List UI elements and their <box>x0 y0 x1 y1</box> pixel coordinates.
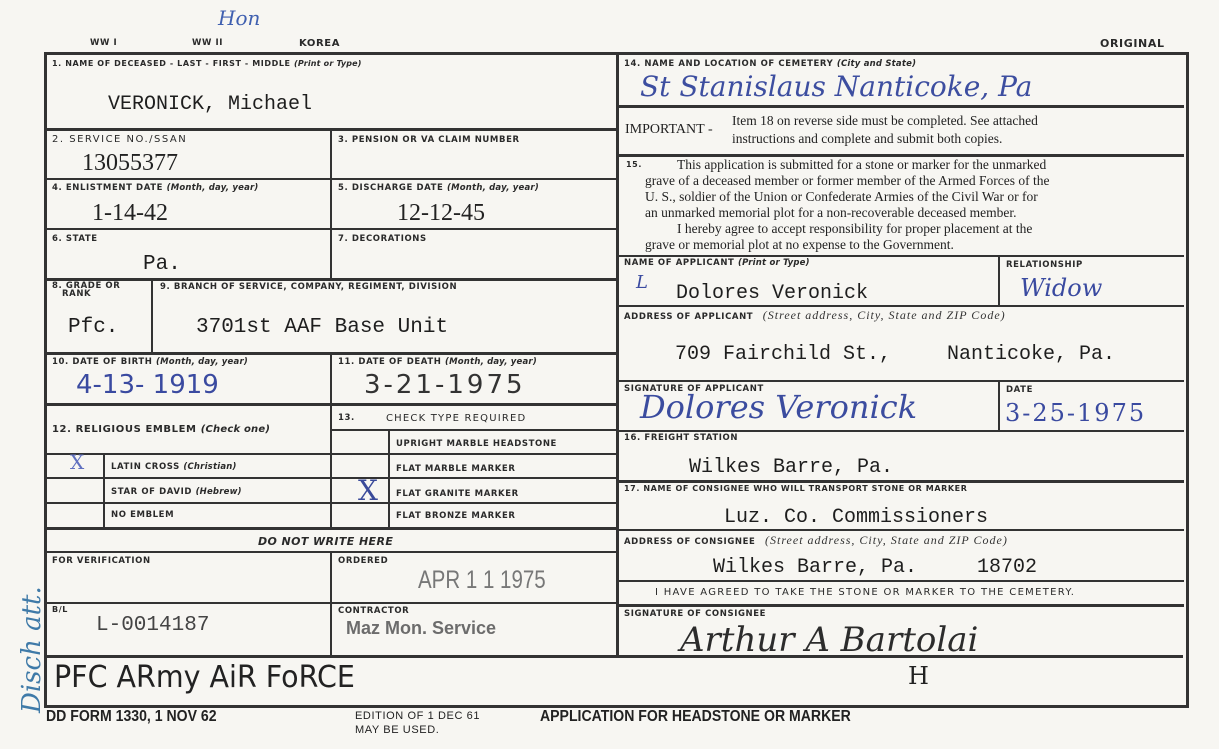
field11-label: 11. DATE OF DEATH (Month, day, year) <box>338 357 537 367</box>
remarks-handwritten: PFC ARmy AiR FoRCE <box>54 660 355 695</box>
divider <box>46 655 1183 658</box>
form-id: DD FORM 1330, 1 NOV 62 <box>46 708 217 726</box>
consignee-mark: H <box>908 662 929 690</box>
divider <box>46 352 618 355</box>
divider <box>46 453 332 455</box>
consignee-address-value: Wilkes Barre, Pa. 18702 <box>713 556 1037 579</box>
field16-label: 16. FREIGHT STATION <box>624 433 738 443</box>
consignee-name-value: Luz. Co. Commissioners <box>724 506 988 529</box>
applicant-name-label: NAME OF APPLICANT (Print or Type) <box>624 258 810 268</box>
divider <box>618 105 1184 108</box>
ordered-label: ORDERED <box>338 556 388 566</box>
latin-cross-option: LATIN CROSS (Christian) <box>111 462 237 472</box>
form-title: APPLICATION FOR HEADSTONE OR MARKER <box>540 708 851 726</box>
divider <box>618 380 1184 382</box>
center-divider <box>616 54 619 656</box>
divider <box>618 604 1184 607</box>
divider <box>46 178 618 180</box>
applicant-street: 709 Fairchild St., <box>675 343 891 366</box>
verification-label: FOR VERIFICATION <box>52 556 151 566</box>
important-line2: instructions and complete and submit bot… <box>732 131 1002 147</box>
divider <box>998 255 1000 305</box>
divider <box>618 430 1184 432</box>
divider <box>998 380 1000 430</box>
bl-label: B/L <box>52 605 68 614</box>
hon-annotation: Hon <box>218 6 260 30</box>
applicant-address-label: ADDRESS OF APPLICANT (Street address, Ci… <box>624 308 1006 323</box>
divider <box>103 453 105 528</box>
agreement-text: I HAVE AGREED TO TAKE THE STONE OR MARKE… <box>655 587 1075 598</box>
state-value: Pa. <box>143 253 181 276</box>
divider <box>618 580 1184 582</box>
death-date: 3-21-1975 <box>364 370 526 400</box>
divider <box>618 529 1184 531</box>
field13-num: 13. <box>338 413 355 423</box>
applicant-city: Nanticoke, Pa. <box>947 343 1115 366</box>
side-note: Disch att. <box>17 613 47 713</box>
original-label: ORIGINAL <box>1100 37 1165 50</box>
do-not-write-header: DO NOT WRITE HERE <box>258 535 393 548</box>
field9-label: 9. BRANCH OF SERVICE, COMPANY, REGIMENT,… <box>160 282 457 292</box>
divider <box>46 477 332 479</box>
edition-line2: MAY BE USED. <box>355 724 439 736</box>
birth-date: 4-13- 1919 <box>76 370 219 400</box>
ww2-label: WW II <box>192 38 223 48</box>
field4-label: 4. ENLISTMENT DATE (Month, day, year) <box>52 183 259 193</box>
applicant-signature: Dolores Veronick <box>640 388 917 426</box>
flat-marble-option: FLAT MARBLE MARKER <box>396 464 515 474</box>
field1-label: 1. NAME OF DECEASED - LAST - FIRST - MID… <box>52 59 362 68</box>
enlistment-date: 1-14-42 <box>92 200 168 227</box>
statement-line: This application is submitted for a ston… <box>677 157 1046 173</box>
field12-label: 12. RELIGIOUS EMBLEM (Check one) <box>52 424 270 435</box>
statement-line: grave or memorial plot at no expense to … <box>645 237 954 253</box>
important-label: IMPORTANT - <box>625 122 713 138</box>
divider <box>46 502 332 504</box>
relationship-label: RELATIONSHIP <box>1006 260 1083 270</box>
divider <box>46 527 618 530</box>
korea-label: KOREA <box>299 38 340 49</box>
star-of-david-option: STAR OF DAVID (Hebrew) <box>111 487 242 497</box>
field2-label: 2. SERVICE NO./SSAN <box>52 134 187 145</box>
upright-marble-option: UPRIGHT MARBLE HEADSTONE <box>396 439 557 449</box>
flat-granite-option: FLAT GRANITE MARKER <box>396 489 519 499</box>
divider <box>46 278 618 281</box>
flat-bronze-option: FLAT BRONZE MARKER <box>396 511 516 521</box>
field8-label: 8. GRADE ORRANK <box>52 282 120 298</box>
divider <box>618 480 1184 483</box>
relationship-value: Widow <box>1020 274 1102 302</box>
service-number: 13055377 <box>82 150 178 177</box>
divider <box>46 403 618 406</box>
ordered-stamp: APR 1 1 1975 <box>418 566 546 595</box>
divider <box>46 128 618 131</box>
divider <box>330 130 332 278</box>
divider <box>332 502 618 504</box>
branch-value: 3701st AAF Base Unit <box>196 316 448 339</box>
headstone-application-form: WW I WW II KOREA ORIGINAL Hon 1. NAME OF… <box>0 0 1219 749</box>
field17-label: 17. NAME OF CONSIGNEE WHO WILL TRANSPORT… <box>624 484 968 493</box>
contractor-label: CONTRACTOR <box>338 606 409 616</box>
statement-line: I hereby agree to accept responsibility … <box>677 221 1032 237</box>
bl-number: L-0014187 <box>96 614 209 637</box>
field14-label: 14. NAME AND LOCATION OF CEMETERY (City … <box>624 59 916 69</box>
grade-value: Pfc. <box>68 316 118 339</box>
field3-label: 3. PENSION OR VA CLAIM NUMBER <box>338 135 520 145</box>
divider <box>151 280 153 352</box>
field7-label: 7. DECORATIONS <box>338 234 427 244</box>
statement-line: grave of a deceased member or former mem… <box>645 173 1049 189</box>
deceased-name: VERONICK, Michael <box>108 93 312 116</box>
field13-label: CHECK TYPE REQUIRED <box>386 413 526 424</box>
divider <box>332 453 618 455</box>
important-line1: Item 18 on reverse side must be complete… <box>732 113 1038 129</box>
consignee-address-label: ADDRESS OF CONSIGNEE (Street address, Ci… <box>624 533 1008 548</box>
statement-line: U. S., soldier of the Union or Confedera… <box>645 189 1038 205</box>
date-label: DATE <box>1006 385 1033 395</box>
divider <box>618 255 1184 257</box>
divider <box>618 305 1184 307</box>
divider <box>46 228 618 230</box>
discharge-date: 12-12-45 <box>397 200 485 227</box>
field10-label: 10. DATE OF BIRTH (Month, day, year) <box>52 357 248 367</box>
applicant-mark: L <box>636 272 648 293</box>
latin-cross-checkbox[interactable]: X <box>70 450 84 474</box>
field15-num: 15. <box>626 160 642 169</box>
cemetery-value: St Stanislaus Nanticoke, Pa <box>640 70 1032 103</box>
field5-label: 5. DISCHARGE DATE (Month, day, year) <box>338 183 539 193</box>
ww1-label: WW I <box>90 38 117 48</box>
contractor-value: Maz Mon. Service <box>346 618 496 639</box>
freight-station-value: Wilkes Barre, Pa. <box>689 456 893 479</box>
field6-label: 6. STATE <box>52 234 98 244</box>
edition-line1: EDITION OF 1 DEC 61 <box>355 710 480 722</box>
consignee-signature: Arthur A Bartolai <box>680 620 978 660</box>
consignee-signature-label: SIGNATURE OF CONSIGNEE <box>624 609 766 619</box>
applicant-name-value: Dolores Veronick <box>676 282 868 305</box>
divider <box>46 551 618 553</box>
date-value: 3-25-1975 <box>1005 399 1146 427</box>
no-emblem-option: NO EMBLEM <box>111 510 174 520</box>
divider <box>332 429 618 431</box>
divider <box>46 602 618 604</box>
statement-line: an unmarked memorial plot for a non-reco… <box>645 205 1016 221</box>
